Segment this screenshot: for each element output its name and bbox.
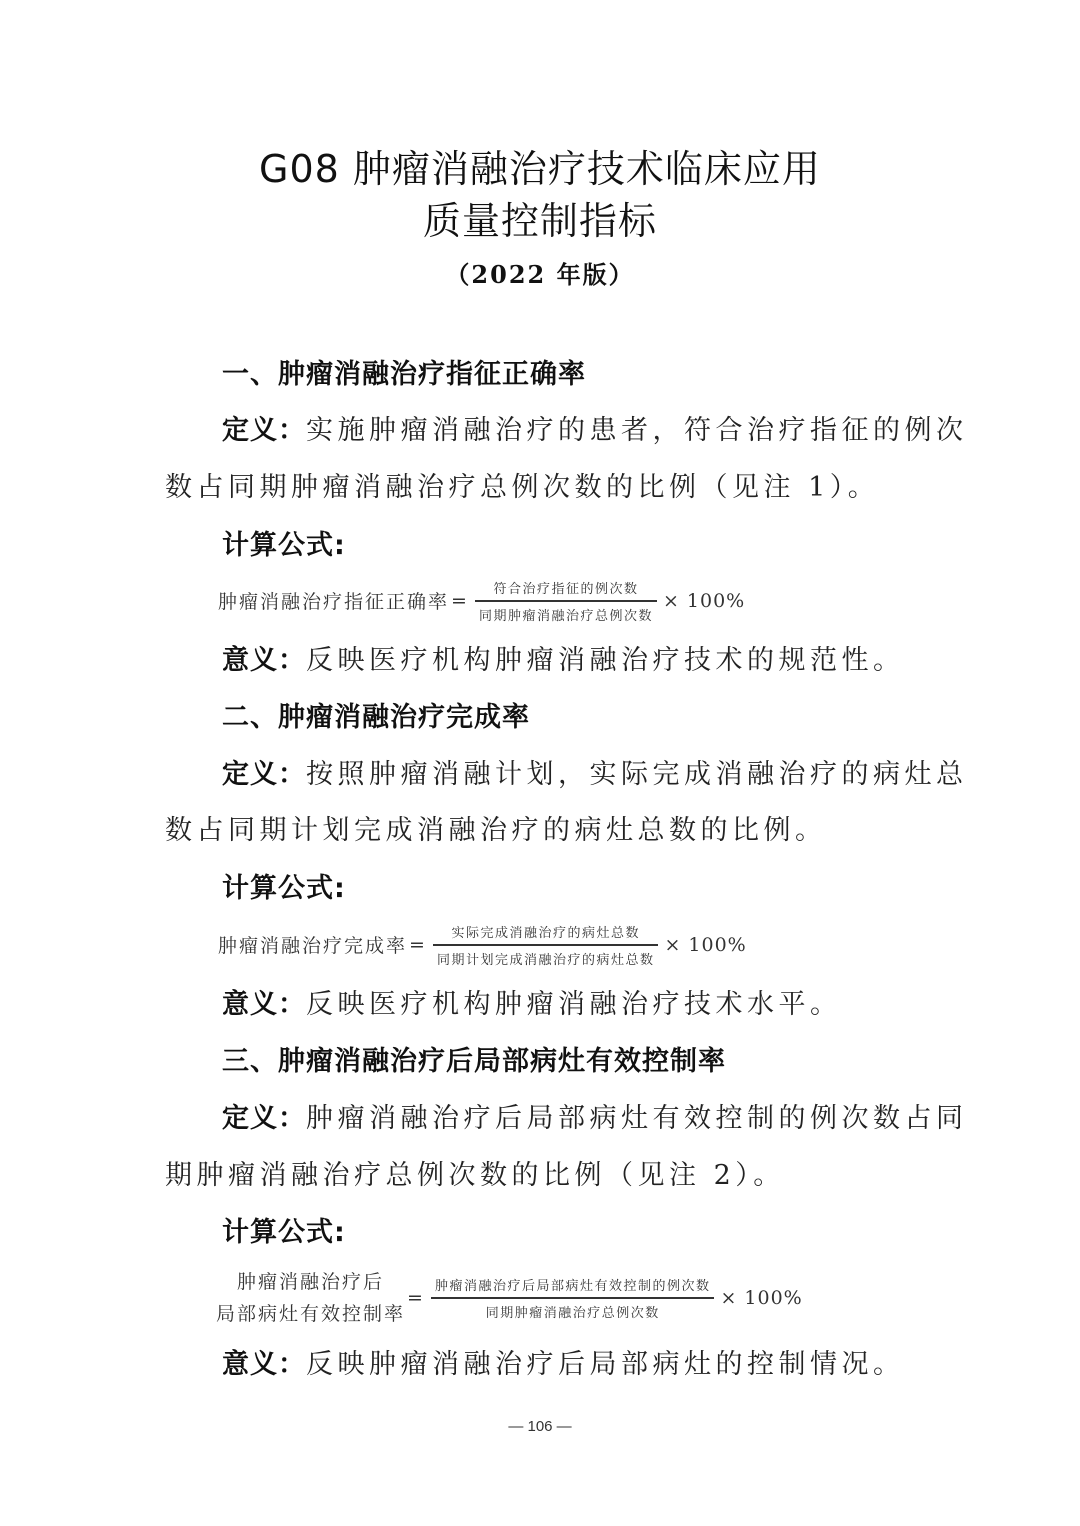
page-number: — 106 — (0, 1418, 1080, 1435)
section-3-definition-line1: 定义：肿瘤消融治疗后局部病灶有效控制的例次数占同 (222, 1096, 968, 1135)
formula-fraction: 肿瘤消融治疗后局部病灶有效控制的例次数 同期肿瘤消融治疗总例次数 (431, 1275, 715, 1321)
definition-text: 实施肿瘤消融治疗的患者，符合治疗指征的例次 (306, 415, 968, 446)
formula-equals: = (409, 934, 425, 956)
formula-numerator: 肿瘤消融治疗后局部病灶有效控制的例次数 (431, 1275, 715, 1294)
formula-lhs: 肿瘤消融治疗后 局部病灶有效控制率 (216, 1266, 405, 1330)
significance-label: 意义： (222, 1349, 306, 1380)
formula-label: 计算公式: (222, 530, 346, 561)
formula-multiplier: × 100% (664, 934, 746, 956)
section-1-heading: 一、肿瘤消融治疗指征正确率 (222, 352, 586, 391)
document-edition: （2022 年版） (0, 255, 1080, 290)
section-3-formula: 肿瘤消融治疗后 局部病灶有效控制率 = 肿瘤消融治疗后局部病灶有效控制的例次数 … (216, 1266, 803, 1330)
document-title-line1: G08 肿瘤消融治疗技术临床应用 (0, 138, 1080, 193)
section-3-heading: 三、肿瘤消融治疗后局部病灶有效控制率 (222, 1039, 726, 1078)
formula-fraction: 实际完成消融治疗的病灶总数 同期计划完成消融治疗的病灶总数 (433, 922, 659, 968)
formula-multiplier: × 100% (720, 1287, 802, 1309)
section-1-definition-line2: 数占同期肿瘤消融治疗总例次数的比例（见注 1）。 (165, 465, 879, 504)
fraction-bar (433, 944, 659, 946)
definition-text: 肿瘤消融治疗后局部病灶有效控制的例次数占同 (306, 1103, 968, 1134)
fraction-bar (431, 1297, 715, 1299)
section-3-formula-label: 计算公式: (222, 1210, 346, 1249)
significance-text: 反映医疗机构肿瘤消融治疗技术的规范性。 (306, 645, 905, 676)
section-2-significance: 意义：反映医疗机构肿瘤消融治疗技术水平。 (222, 982, 842, 1021)
definition-label: 定义： (222, 1103, 306, 1134)
formula-numerator: 符合治疗指征的例次数 (489, 578, 642, 597)
definition-label: 定义： (222, 415, 306, 446)
formula-equals: = (451, 590, 467, 612)
formula-multiplier: × 100% (663, 590, 745, 612)
formula-numerator: 实际完成消融治疗的病灶总数 (447, 922, 644, 941)
section-1-formula: 肿瘤消融治疗指征正确率 = 符合治疗指征的例次数 同期肿瘤消融治疗总例次数 × … (218, 578, 745, 624)
formula-lhs: 肿瘤消融治疗完成率 (218, 931, 407, 958)
significance-text: 反映肿瘤消融治疗后局部病灶的控制情况。 (306, 1349, 905, 1380)
significance-text: 反映医疗机构肿瘤消融治疗技术水平。 (306, 989, 842, 1020)
significance-label: 意义： (222, 645, 306, 676)
formula-lhs: 肿瘤消融治疗指征正确率 (218, 587, 449, 614)
significance-label: 意义： (222, 989, 306, 1020)
section-2-formula: 肿瘤消融治疗完成率 = 实际完成消融治疗的病灶总数 同期计划完成消融治疗的病灶总… (218, 922, 747, 968)
document-page: G08 肿瘤消融治疗技术临床应用 质量控制指标 （2022 年版） 一、肿瘤消融… (0, 0, 1080, 1526)
section-1-significance: 意义：反映医疗机构肿瘤消融治疗技术的规范性。 (222, 638, 905, 677)
formula-lhs-line2: 局部病灶有效控制率 (216, 1298, 405, 1330)
document-title-line2: 质量控制指标 (0, 190, 1080, 245)
definition-label: 定义： (222, 759, 306, 790)
formula-label: 计算公式: (222, 873, 346, 904)
section-1-formula-label: 计算公式: (222, 523, 346, 562)
section-3-significance: 意义：反映肿瘤消融治疗后局部病灶的控制情况。 (222, 1342, 905, 1381)
section-3-definition-line2: 期肿瘤消融治疗总例次数的比例（见注 2）。 (165, 1153, 785, 1192)
formula-label: 计算公式: (222, 1217, 346, 1248)
fraction-bar (475, 600, 657, 602)
section-2-heading: 二、肿瘤消融治疗完成率 (222, 695, 530, 734)
section-1-definition-line1: 定义：实施肿瘤消融治疗的患者，符合治疗指征的例次 (222, 408, 968, 447)
formula-fraction: 符合治疗指征的例次数 同期肿瘤消融治疗总例次数 (475, 578, 657, 624)
formula-denominator: 同期计划完成消融治疗的病灶总数 (433, 949, 659, 968)
definition-text: 按照肿瘤消融计划，实际完成消融治疗的病灶总 (306, 759, 968, 790)
formula-denominator: 同期肿瘤消融治疗总例次数 (475, 605, 657, 624)
section-2-definition-line1: 定义：按照肿瘤消融计划，实际完成消融治疗的病灶总 (222, 752, 968, 791)
section-2-definition-line2: 数占同期计划完成消融治疗的病灶总数的比例。 (165, 808, 827, 847)
formula-lhs-line1: 肿瘤消融治疗后 (216, 1266, 405, 1298)
formula-equals: = (407, 1287, 423, 1309)
formula-denominator: 同期肿瘤消融治疗总例次数 (482, 1302, 664, 1321)
section-2-formula-label: 计算公式: (222, 866, 346, 905)
